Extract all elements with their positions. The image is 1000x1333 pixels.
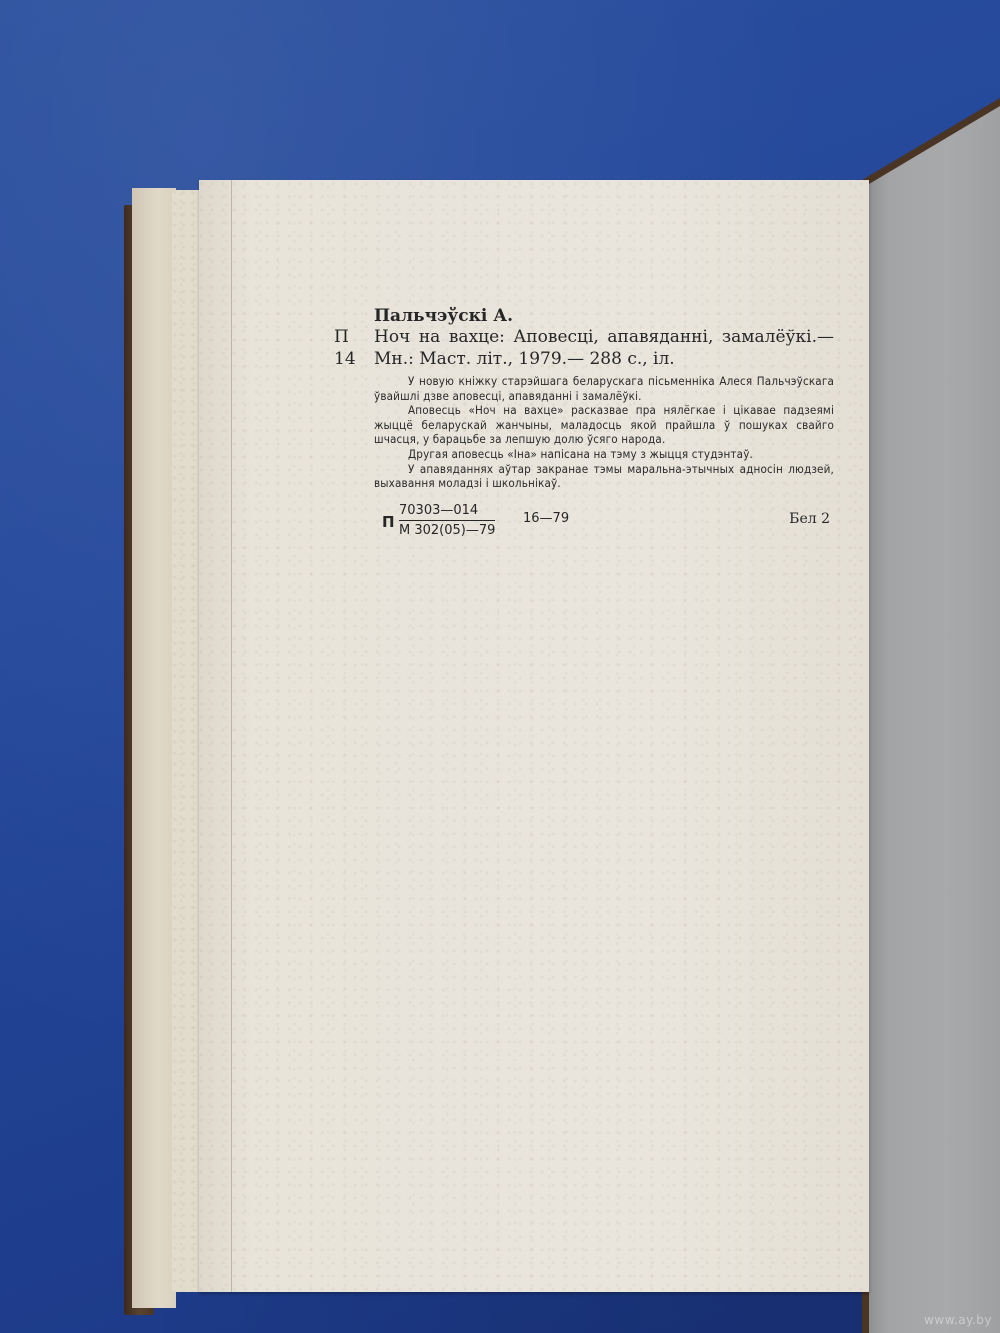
annotation-paragraph: У апавяданнях аўтар закранае тэмы мараль… [374,462,834,491]
flyleaf-page-stack [132,188,176,1308]
annotation-paragraph: У новую кніжку старэйшага беларускага пі… [374,374,834,403]
catalog-record: Пальчэўскі А. П 14 Ноч на вахце: Аповесц… [334,306,834,543]
annotation: У новую кніжку старэйшага беларускага пі… [374,374,834,491]
call-number: П 14 [334,326,374,370]
bbk-code: 16—79 [523,511,569,526]
classification-index: Бел 2 [789,511,830,527]
bbk-fraction: 70303—014 М 302(05)—79 [399,503,495,540]
bibliographic-code: П 70303—014 М 302(05)—79 16—79 Бел 2 [334,503,834,543]
annotation-paragraph: Другая аповесць «Іна» напісана на тэму з… [374,447,834,462]
author-name: Пальчэўскі А. [374,306,834,326]
title-imprint: Ноч на вахце: Аповесці, апавяданні, зама… [374,326,834,370]
facing-page-shadowed [869,98,1000,1333]
page-crease [231,180,232,1292]
bbk-denominator: М 302(05)—79 [399,521,495,540]
bbk-letter: П [382,513,395,531]
title-block: П 14 Ноч на вахце: Аповесці, апавяданні,… [334,326,834,370]
annotation-paragraph: Аповесць «Ноч на вахце» расказвае пра ня… [374,403,834,447]
site-watermark: www.ay.by [924,1313,992,1327]
bbk-numerator: 70303—014 [399,503,495,521]
